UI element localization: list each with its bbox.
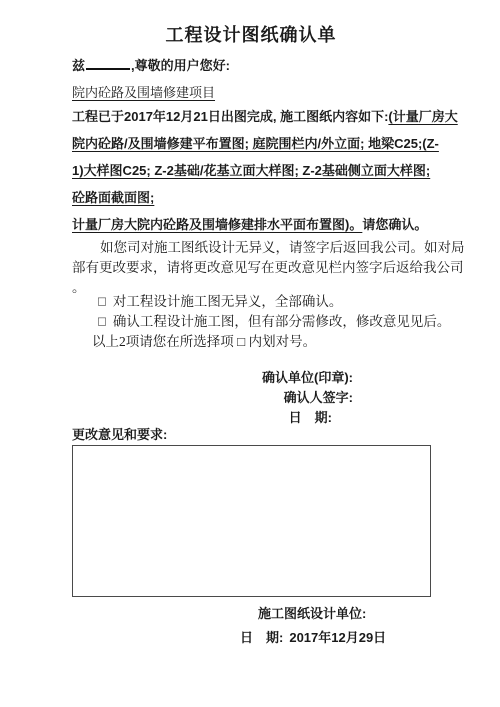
notice-line-4: 砼路面截面图; xyxy=(72,184,430,211)
comments-box[interactable] xyxy=(72,445,431,597)
confirm-unit-label: 确认单位(印章): xyxy=(72,368,353,388)
greeting-text: ,尊敬的用户您好: xyxy=(131,58,230,73)
document-page: 工程设计图纸确认单 兹,尊敬的用户您好: 院内砼路及围墙修建项目 工程已于201… xyxy=(0,0,500,707)
greeting-prefix: 兹 xyxy=(72,58,85,73)
comments-label: 更改意见和要求: xyxy=(72,426,430,443)
notice-line-5: 计量厂房大院内砼路及围墙修建排水平面布置图)。请您确认。 xyxy=(72,211,430,238)
option-row-1: □对工程设计施工图无异义，全部确认。 xyxy=(72,292,430,312)
notice-line-3: 1)大样图C25; Z-2基础/花基立面大样图; Z-2基础侧立面大样图; xyxy=(72,157,430,184)
instruction-line-2: 部有更改要求，请将更改意见写在更改意见栏内签字后返给我公司 xyxy=(72,258,430,278)
option1-label: 对工程设计施工图无异义，全部确认。 xyxy=(113,294,343,309)
designer-unit-label: 施工图纸设计单位: xyxy=(72,606,430,621)
option-row-2: □确认工程设计施工图，但有部分需修改，修改意见见后。 xyxy=(72,312,430,332)
addressee-blank-field[interactable] xyxy=(86,58,130,70)
checkbox-option2-icon[interactable]: □ xyxy=(98,312,106,332)
options-section: □对工程设计施工图无异义，全部确认。 □确认工程设计施工图，但有部分需修改，修改… xyxy=(72,292,430,352)
confirm-signer-label: 确认人签字: xyxy=(72,388,353,408)
notice-line1-underlined: (计量厂房大 xyxy=(388,109,457,124)
footer-section: 施工图纸设计单位: 日 期:2017年12月29日 xyxy=(72,606,430,645)
instruction-line-1: 如您司对施工图纸设计无异义，请签字后返回我公司。如对局 xyxy=(72,238,430,258)
options-note: 以上2项请您在所选择项 □ 内划对号。 xyxy=(72,332,430,352)
confirm-date-label: 日 期: xyxy=(72,408,332,428)
issue-date-label: 日 期: xyxy=(240,630,283,645)
notice-line-2: 院内砼路/及围墙修建平布置图; 庭院围栏内/外立面; 地梁C25;(Z- xyxy=(72,130,430,157)
greeting-line: 兹,尊敬的用户您好: xyxy=(72,57,430,74)
checkbox-option1-icon[interactable]: □ xyxy=(98,292,106,312)
option2-label: 确认工程设计施工图，但有部分需修改，修改意见见后。 xyxy=(113,314,451,329)
notice-line-1: 工程已于2017年12月21日出图完成, 施工图纸内容如下:(计量厂房大 xyxy=(72,103,430,130)
notice-line5-plain: 请您确认。 xyxy=(362,217,427,232)
notice-line1-plain: 工程已于2017年12月21日出图完成, 施工图纸内容如下: xyxy=(72,109,388,124)
project-title: 院内砼路及围墙修建项目 xyxy=(72,84,430,101)
confirmation-block: 确认单位(印章): 确认人签字: 日 期: xyxy=(72,368,353,428)
notice-line5-underlined: 计量厂房大院内砼路及围墙修建排水平面布置图)。 xyxy=(72,217,362,232)
document-title: 工程设计图纸确认单 xyxy=(72,22,430,48)
drawing-notice: 工程已于2017年12月21日出图完成, 施工图纸内容如下:(计量厂房大 院内砼… xyxy=(72,103,430,238)
instructions-paragraph: 如您司对施工图纸设计无异义，请签字后返回我公司。如对局 部有更改要求，请将更改意… xyxy=(72,238,430,298)
issue-date-value: 2017年12月29日 xyxy=(289,630,386,645)
issue-date-line: 日 期:2017年12月29日 xyxy=(72,630,430,645)
